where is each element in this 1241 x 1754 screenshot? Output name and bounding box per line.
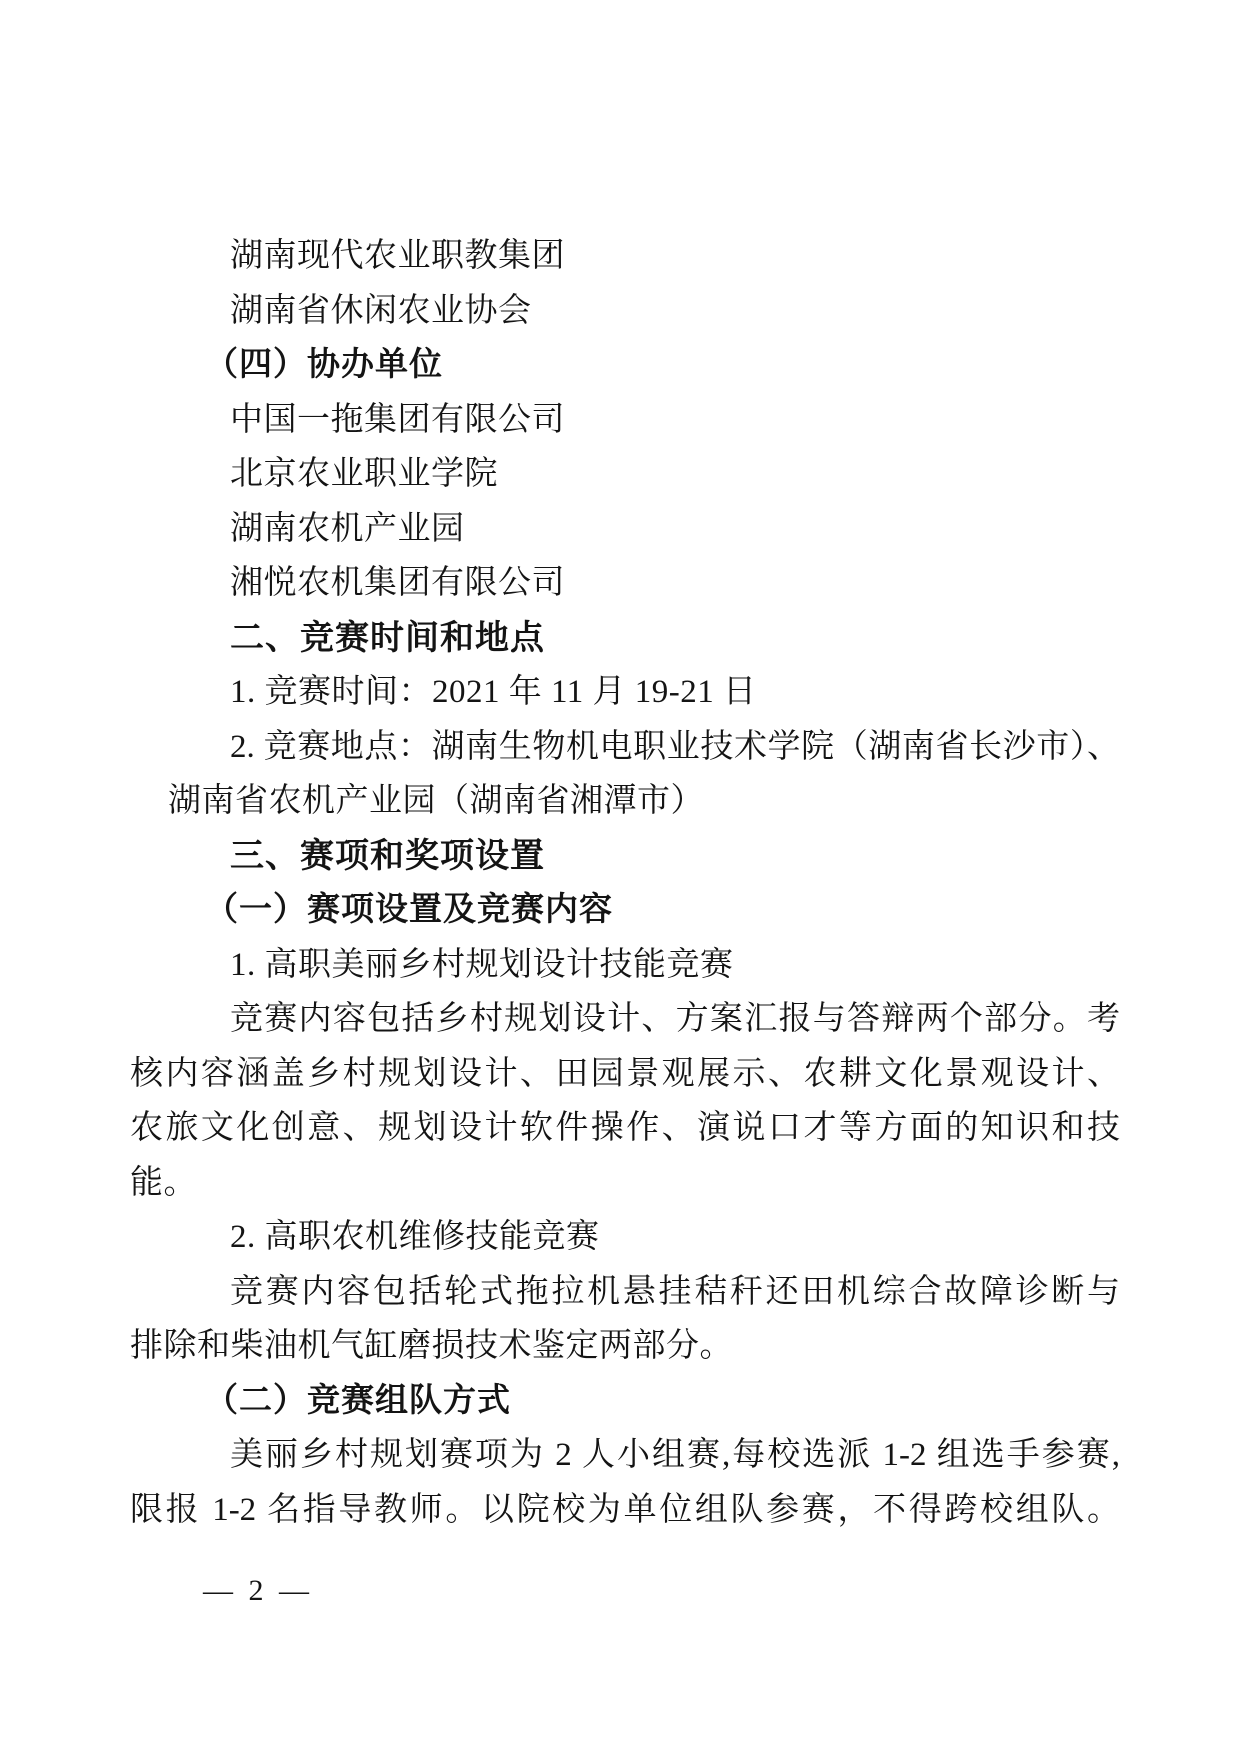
text-line-21: 排除和柴油机气缸磨损技术鉴定两部分。 — [130, 1319, 1120, 1374]
text-line-8: 二、竞赛时间和地点 — [130, 611, 1120, 666]
text-line-15: 竞赛内容包括乡村规划设计、方案汇报与答辩两个部分。考 — [130, 992, 1120, 1047]
text-line-10: 2. 竞赛地点：湖南生物机电职业技术学院（湖南省长沙市）、 — [130, 720, 1120, 775]
text-line-5: 北京农业职业学院 — [130, 447, 1120, 502]
text-line-2: 湖南省休闲农业协会 — [130, 284, 1120, 339]
text-line-4: 中国一拖集团有限公司 — [130, 393, 1120, 448]
text-line-9: 1. 竞赛时间：2021 年 11 月 19-21 日 — [130, 665, 1120, 720]
text-line-18: 能。 — [130, 1156, 1120, 1211]
text-line-17: 农旅文化创意、规划设计软件操作、演说口才等方面的知识和技 — [130, 1101, 1120, 1156]
text-line-16: 核内容涵盖乡村规划设计、田园景观展示、农耕文化景观设计、 — [130, 1047, 1120, 1102]
text-line-24: 限报 1-2 名指导教师。以院校为单位组队参赛，不得跨校组队。 — [130, 1483, 1120, 1538]
text-line-20: 竞赛内容包括轮式拖拉机悬挂秸秆还田机综合故障诊断与 — [130, 1265, 1120, 1320]
text-line-22: （二）竞赛组队方式 — [130, 1374, 1120, 1429]
text-line-7: 湘悦农机集团有限公司 — [130, 556, 1120, 611]
page-number: — 2 — — [203, 1576, 313, 1606]
text-line-14: 1. 高职美丽乡村规划设计技能竞赛 — [130, 938, 1120, 993]
text-line-23: 美丽乡村规划赛项为 2 人小组赛,每校选派 1-2 组选手参赛, — [130, 1428, 1120, 1483]
text-line-11: 湖南省农机产业园（湖南省湘潭市） — [130, 774, 1120, 829]
text-line-19: 2. 高职农机维修技能竞赛 — [130, 1210, 1120, 1265]
text-line-12: 三、赛项和奖项设置 — [130, 829, 1120, 884]
text-line-1: 湖南现代农业职教集团 — [130, 229, 1120, 284]
text-line-13: （一）赛项设置及竞赛内容 — [130, 883, 1120, 938]
text-line-6: 湖南农机产业园 — [130, 502, 1120, 557]
text-line-3: （四）协办单位 — [130, 338, 1120, 393]
document-page: 湖南现代农业职教集团湖南省休闲农业协会（四）协办单位中国一拖集团有限公司北京农业… — [0, 0, 1241, 1754]
document-body: 湖南现代农业职教集团湖南省休闲农业协会（四）协办单位中国一拖集团有限公司北京农业… — [130, 229, 1120, 1537]
